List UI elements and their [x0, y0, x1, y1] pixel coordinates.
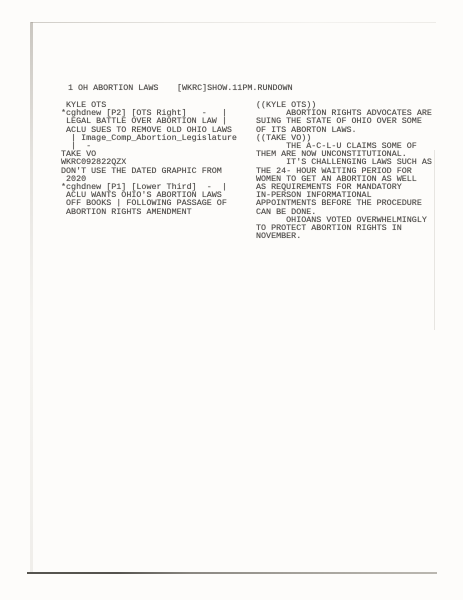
rundown-header: 1 OH ABORTION LAWS [WKRC]SHOW.11PM.RUNDO…	[0, 83, 463, 93]
page-edge-top	[31, 22, 436, 23]
rundown-title: [WKRC]SHOW.11PM.RUNDOWN	[177, 83, 293, 93]
story-number: 1	[68, 83, 73, 93]
production-cues-text: KYLE OTS *cghdnew [P2] [OTS Right] - | L…	[61, 101, 237, 216]
story-slug: OH ABORTION LAWS	[78, 83, 158, 93]
script-text: ((KYLE OTS)) ABORTION RIGHTS ADVOCATES A…	[256, 101, 432, 240]
page-edge-right	[434, 150, 435, 330]
page-edge-left	[30, 22, 33, 573]
page-edge-bottom	[27, 572, 437, 574]
scanned-page: 1 OH ABORTION LAWS [WKRC]SHOW.11PM.RUNDO…	[0, 0, 463, 600]
